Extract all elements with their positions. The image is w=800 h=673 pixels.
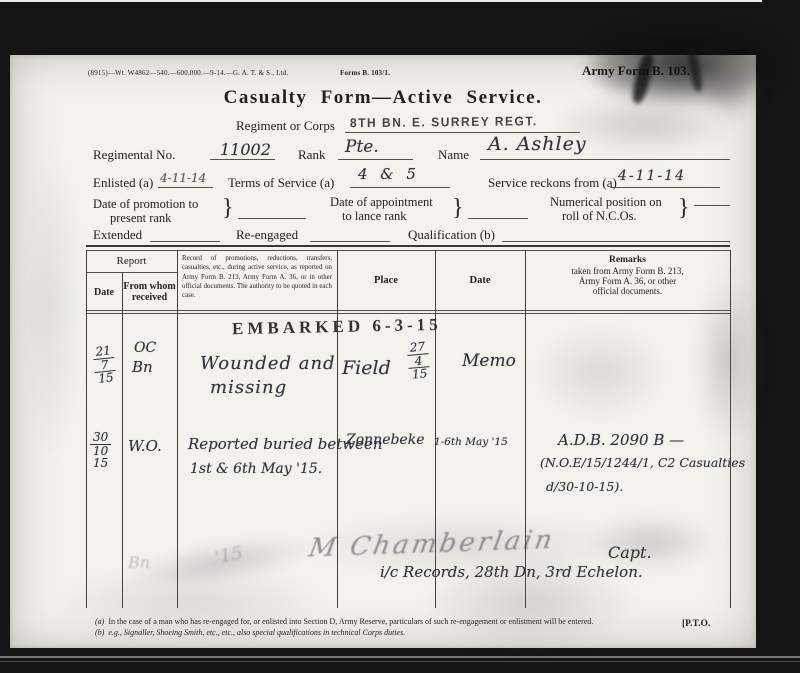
enlisted-label: Enlisted (a) [93,175,153,191]
footnote-b-text: e.g., Signaller, Shoeing Smith, etc., et… [108,628,405,637]
col-header-remarks-l1: Remarks [525,255,730,265]
entry1-report-date: 21 7 15 [92,344,117,386]
signature-script: M Chamberlain [307,525,558,563]
regiment-stamp: 8TH BN. E. SURREY REGT. [350,114,538,131]
col-header-report: Report [86,255,177,267]
entry2-place: Zonnebeke [346,432,425,448]
pencil-note-1: Bn [128,553,150,572]
entry1-place-date-year: 15 [409,367,431,381]
numerical-label-line2: roll of N.C.Os. [562,209,637,224]
divider-from-record [177,250,178,608]
name-value: A. Ashley [488,133,587,155]
regiment-label: Regiment or Corps [236,118,335,134]
name-label: Name [438,147,469,163]
entry1-remarks: Memo [462,351,516,371]
pencil-note-2: '15 [213,542,245,568]
terms-label: Terms of Service (a) [228,175,334,191]
printer-imprint: (8915)—Wt. W4862—540.—600,000.—9-14.—G. … [88,69,288,77]
footnote-a-label: (a) [95,617,104,626]
entry2-report-date-year: 15 [90,457,111,470]
scan-bottom-streak [0,656,800,658]
col-header-record: Record of promotions, reductions, transf… [182,254,332,301]
col-header-from-l2: received [122,292,177,303]
regimental-no-label: Regimental No. [93,147,175,163]
entry2-place-date: 1-6th May '15 [434,436,508,448]
signature-unit-line: i/c Records, 28th Dn, 3rd Echelon. [380,563,643,581]
form-title: Casualty Form—Active Service. [10,87,756,109]
casualty-form-page: (8915)—Wt. W4862—540.—600,000.—9-14.—G. … [10,55,756,648]
footnote-a-text: In the case of a man who has re-engaged … [108,617,593,626]
entry2-report-date-day: 30 [90,431,111,445]
rank-value: Pte. [345,137,379,157]
form-number: Army Form B. 103. [582,63,690,79]
col-header-from-l1: From whom [122,281,177,292]
table-top-rule [86,245,730,247]
entry1-from-line2: Bn [132,358,153,376]
enlisted-value: 4-11-14 [160,171,206,185]
col-header-date: Date [86,287,122,298]
rank-label: Rank [298,147,325,163]
table-left-edge [86,250,87,608]
entry1-report-date-year: 15 [95,371,117,386]
footnote-b: (b) e.g., Signaller, Shoeing Smith, etc.… [95,628,405,637]
appointment-brace: } [452,195,464,222]
col-header-date2: Date [435,275,525,286]
scanned-document-background: { "colors": { "ink": "#22211f", "handwri… [0,0,800,673]
service-reckons-label: Service reckons from (a) [488,175,617,191]
numerical-label-line1: Numerical position on [550,195,662,210]
entry1-place: Field [342,357,391,379]
col-header-remarks-l4: official documents. [525,286,730,296]
promotion-label-line1: Date of promotion to [93,197,198,212]
embarked-stamp: EMBARKED 6-3-15 [232,315,442,339]
extended-label: Extended [93,227,142,243]
entry1-record-line1: Wounded and [200,353,336,374]
terms-value: 4 & 5 [358,165,420,183]
entry2-from-line1: W.O. [128,437,162,455]
numerical-brace: } [678,195,690,222]
table-right-edge [730,250,731,608]
forms-ref: Forms B. 103/1. [340,69,390,77]
table-header-top [86,250,730,251]
entry2-report-date: 30 10 15 [90,431,111,470]
reengaged-label: Re-engaged [236,227,298,243]
col-header-remarks-l2: taken from Army Form B. 213, [525,266,730,276]
entry1-place-date: 27 4 15 [406,340,431,381]
promotion-label-line2: present rank [110,211,171,226]
table-header-bottom [86,310,730,311]
appointment-label-line1: Date of appointment [330,195,433,210]
entry2-remarks-line1: A.D.B. 2090 B — [558,431,684,449]
promotion-brace: } [222,195,234,222]
footnote-b-label: (b) [95,628,104,637]
entry1-record-line2: missing [210,377,287,398]
col-header-remarks-l3: Army Form A. 36, or other [525,276,730,286]
report-subdivider [86,272,177,273]
table-header-bottom2 [86,313,730,314]
scan-edge-sliver [0,0,762,2]
service-reckons-value: 4-11-14 [618,168,686,184]
scan-bottom-streak-2 [0,661,800,662]
entry1-from-line1: OC [134,340,156,356]
col-header-place: Place [337,275,435,286]
regimental-no-value: 11002 [220,140,271,159]
entry2-record-line2: 1st & 6th May '15. [190,461,322,477]
appointment-label-line2: to lance rank [342,209,407,224]
entry2-remarks-line2: (N.O.E/15/1244/1, C2 Casualties [540,455,745,470]
pto-mark: [P.T.O. [682,619,710,629]
qualification-label: Qualification (b) [408,227,495,243]
divider-date-from [122,272,123,608]
entry2-remarks-line3: d/30-10-15). [546,479,623,494]
footnote-a: (a) In the case of a man who has re-enga… [95,617,593,626]
signature-rank: Capt. [608,543,652,562]
